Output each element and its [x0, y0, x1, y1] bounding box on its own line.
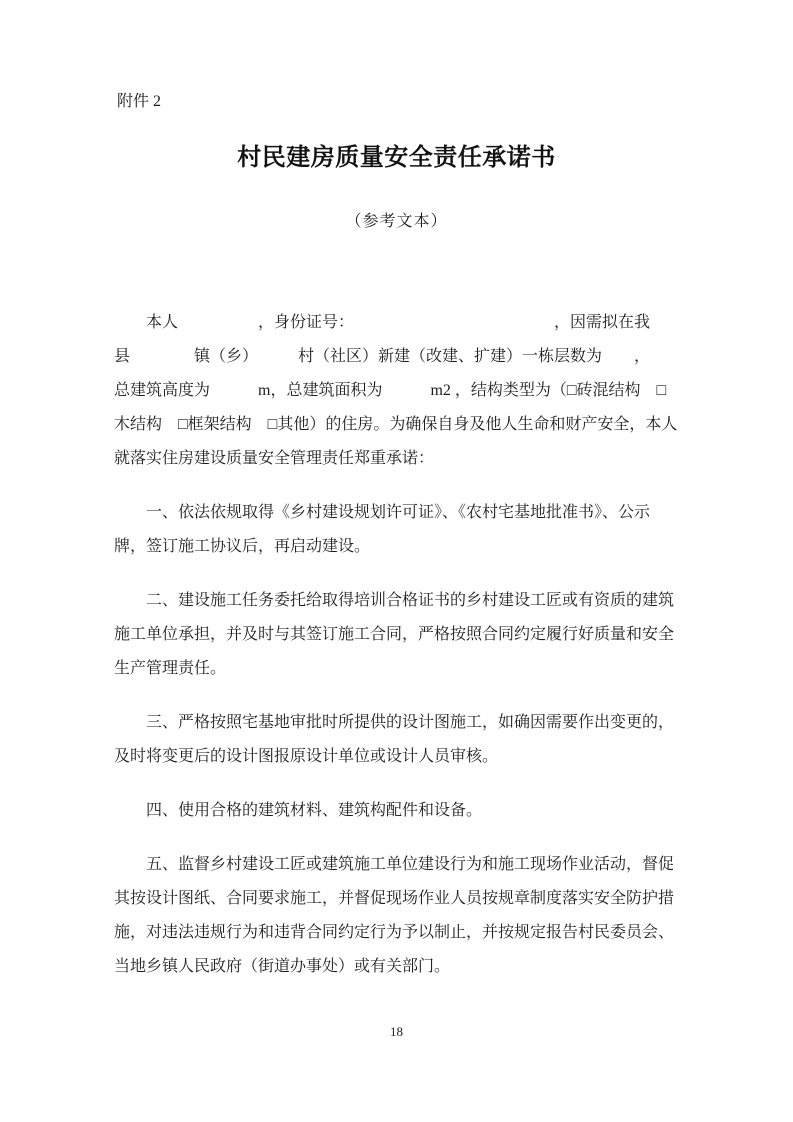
paragraph-item-4: 四、使用合格的建筑材料、建筑构配件和设备。	[114, 794, 684, 828]
text-line: 就落实住房建设质量安全管理责任郑重承诺：	[114, 442, 684, 476]
text-line: 施，对违法违规行为和违背合同约定行为予以制止，并按规定报告村民委员会、	[114, 916, 684, 950]
text-line: 五、监督乡村建设工匠或建筑施工单位建设行为和施工现场作业活动，督促	[114, 848, 684, 882]
text-line: 本人 ，身份证号： ，因需拟在我	[114, 306, 684, 340]
paragraph-item-2: 二、建设施工任务委托给取得培训合格证书的乡村建设工匠或有资质的建筑 施工单位承担…	[114, 584, 684, 686]
text-line: 当地乡镇人民政府（街道办事处）或有关部门。	[114, 950, 684, 984]
text-line: 三、严格按照宅基地审批时所提供的设计图施工，如确因需要作出变更的，	[114, 706, 684, 740]
text-line: 四、使用合格的建筑材料、建筑构配件和设备。	[114, 794, 684, 828]
text-line: 二、建设施工任务委托给取得培训合格证书的乡村建设工匠或有资质的建筑	[114, 584, 684, 618]
text-line: 牌，签订施工协议后，再启动建设。	[114, 530, 684, 564]
document-page: 附件 2 村民建房质量安全责任承诺书 （参考文本） 本人 ，身份证号： ，因需拟…	[0, 0, 793, 1122]
attachment-label: 附件 2	[117, 92, 161, 111]
text-line: 总建筑高度为 m，总建筑面积为 m2 ，结构类型为（□砖混结构 □	[114, 374, 684, 408]
paragraph-item-3: 三、严格按照宅基地审批时所提供的设计图施工，如确因需要作出变更的， 及时将变更后…	[114, 706, 684, 774]
text-line: 及时将变更后的设计图报原设计单位或设计人员审核。	[114, 740, 684, 774]
text-line: 一、依法依规取得《乡村建设规划许可证》、《农村宅基地批准书》、公示	[114, 496, 684, 530]
paragraph-intro: 本人 ，身份证号： ，因需拟在我 县 镇（乡） 村（社区）新建（改建、扩建）一栋…	[114, 306, 684, 476]
page-number: 18	[0, 1024, 793, 1040]
document-title: 村民建房质量安全责任承诺书	[0, 137, 793, 172]
text-line: 木结构 □框架结构 □其他）的住房。为确保自身及他人生命和财产安全，本人	[114, 408, 684, 442]
text-line: 生产管理责任。	[114, 652, 684, 686]
document-body: 本人 ，身份证号： ，因需拟在我 县 镇（乡） 村（社区）新建（改建、扩建）一栋…	[114, 306, 684, 1004]
document-subtitle: （参考文本）	[0, 208, 793, 231]
text-line: 县 镇（乡） 村（社区）新建（改建、扩建）一栋层数为 ，	[114, 340, 684, 374]
text-line: 施工单位承担，并及时与其签订施工合同，严格按照合同约定履行好质量和安全	[114, 618, 684, 652]
paragraph-item-5: 五、监督乡村建设工匠或建筑施工单位建设行为和施工现场作业活动，督促 其按设计图纸…	[114, 848, 684, 984]
paragraph-item-1: 一、依法依规取得《乡村建设规划许可证》、《农村宅基地批准书》、公示 牌，签订施工…	[114, 496, 684, 564]
text-line: 其按设计图纸、合同要求施工，并督促现场作业人员按规章制度落实安全防护措	[114, 882, 684, 916]
